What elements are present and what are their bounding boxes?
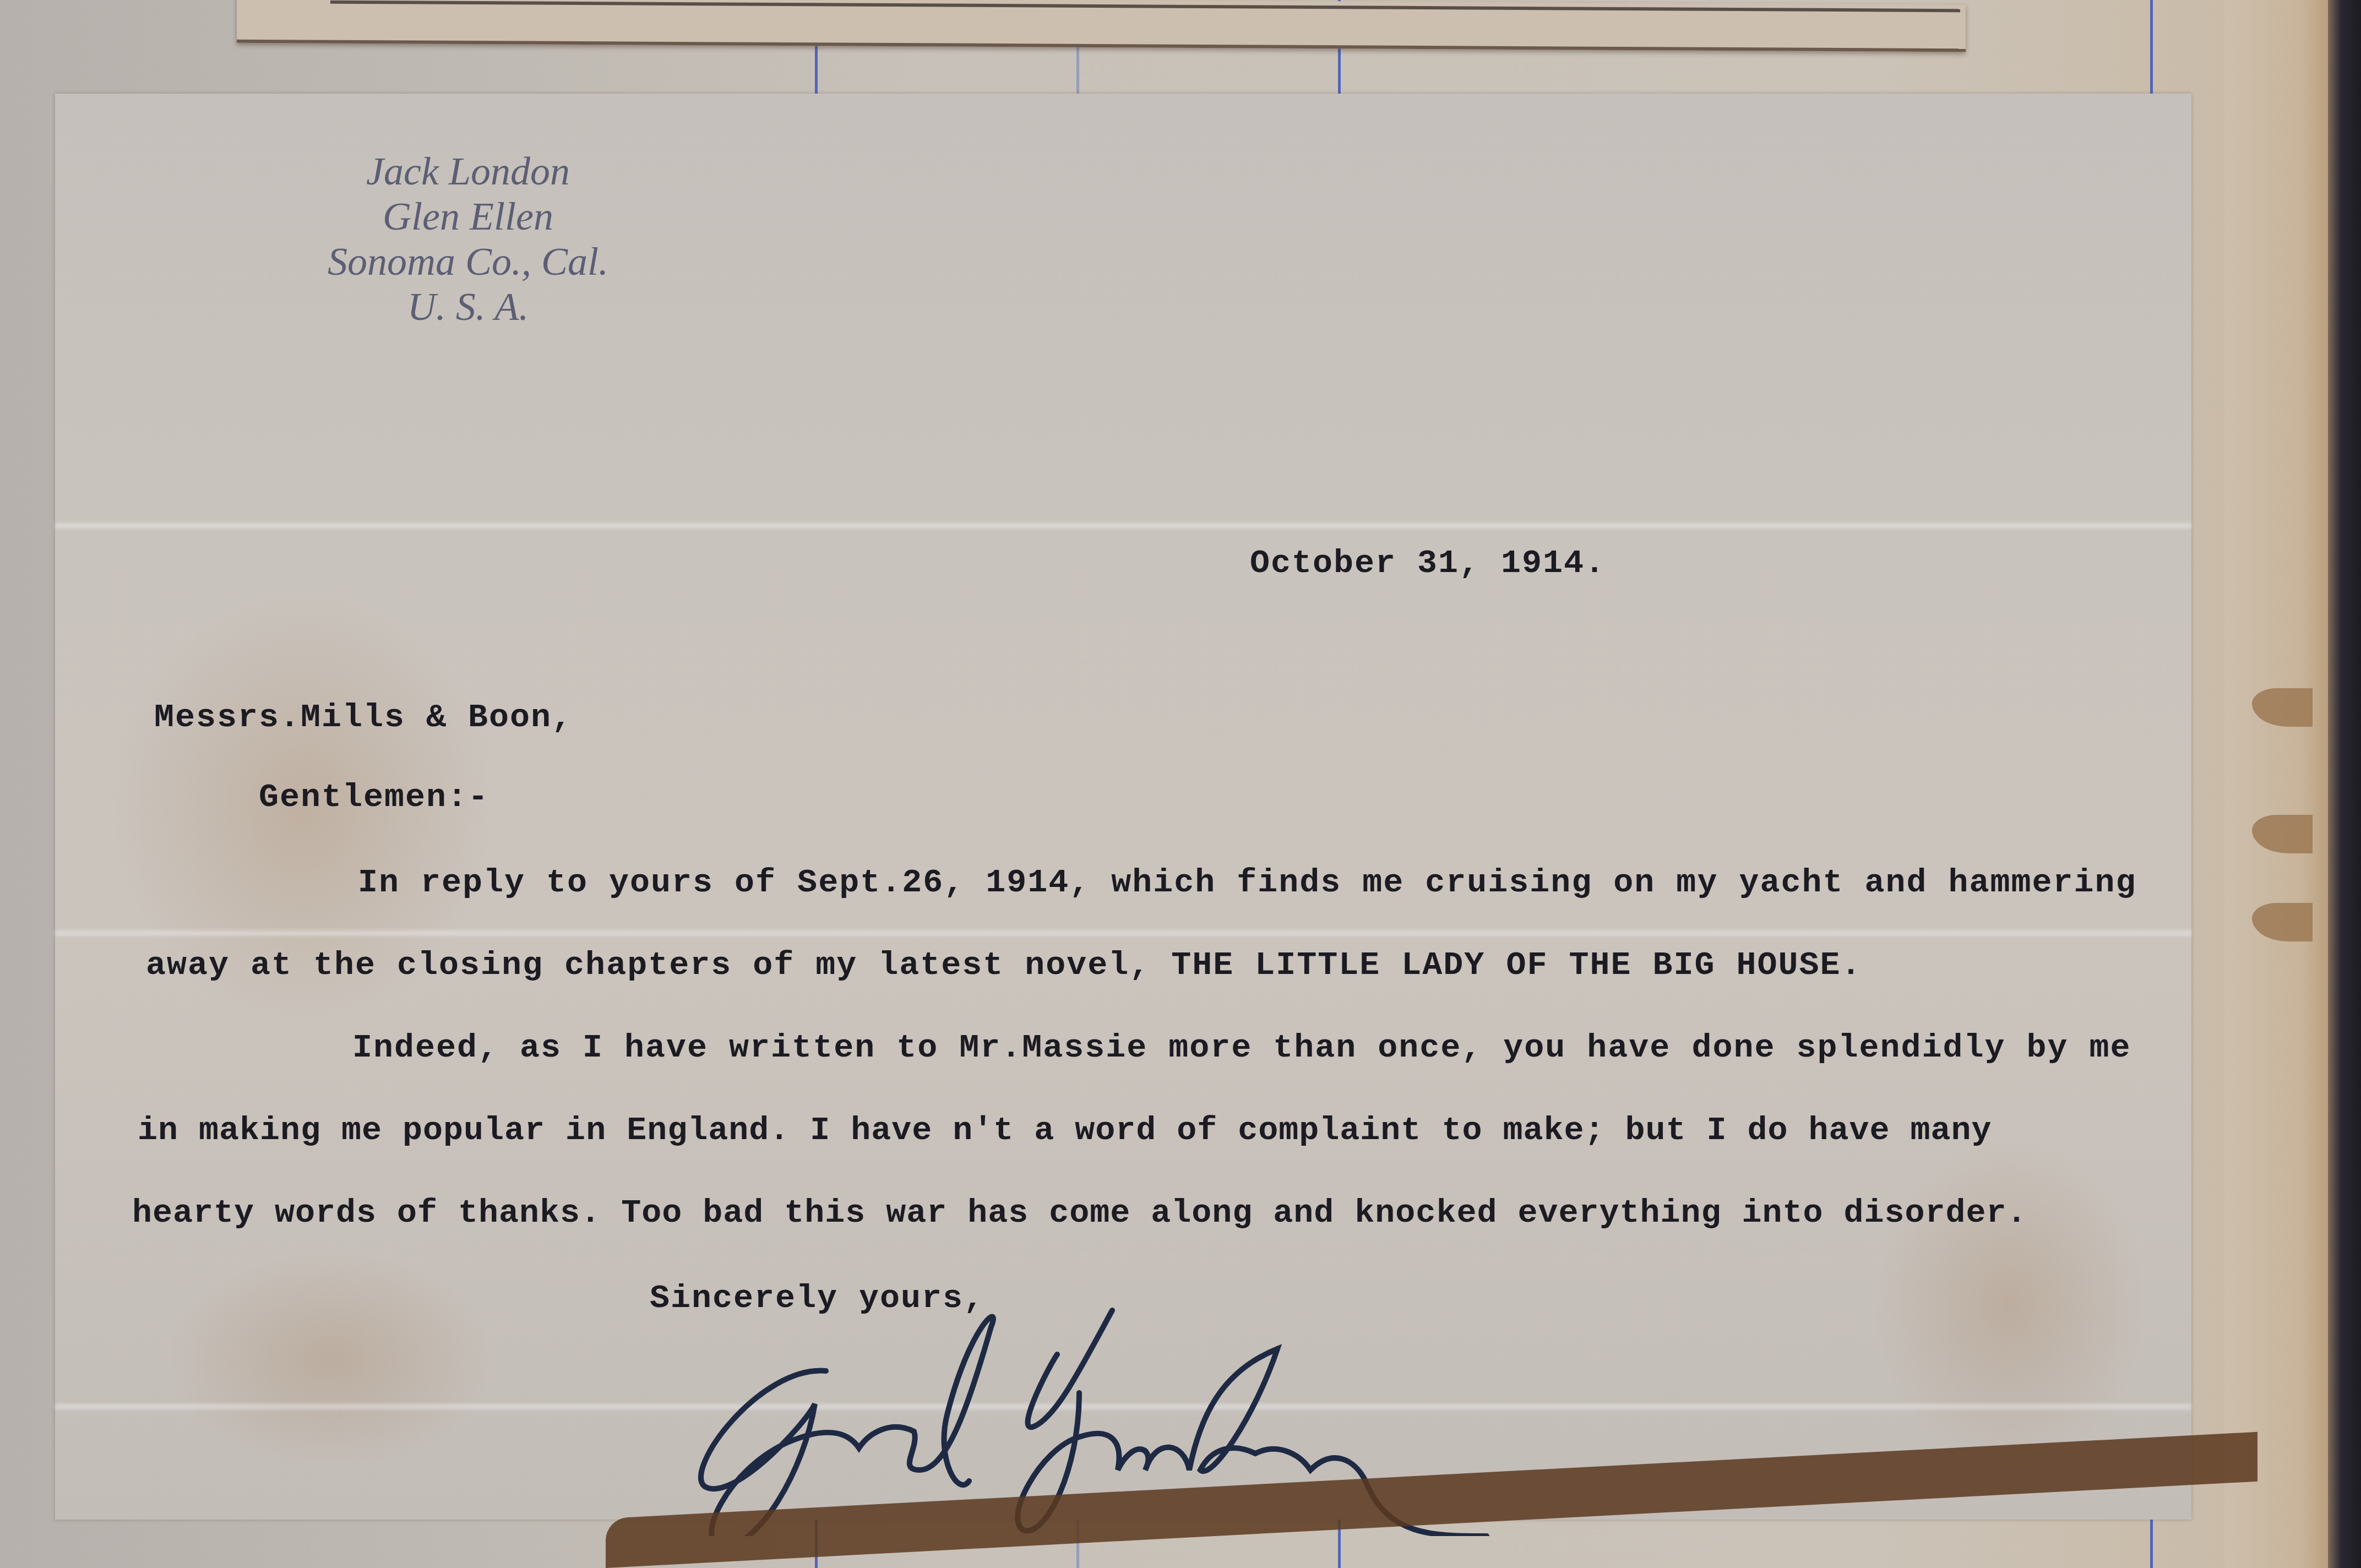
body-line: In reply to yours of Sept.26, 1914, whic… xyxy=(358,864,2137,902)
letterhead-line: U. S. A. xyxy=(220,284,716,329)
body-line: in making me popular in England. I have … xyxy=(138,1112,1992,1150)
salutation: Gentlemen:- xyxy=(259,779,489,816)
letter-sheet: Jack London Glen Ellen Sonoma Co., Cal. … xyxy=(55,94,2191,1520)
water-stain xyxy=(1872,1140,2147,1470)
paper-crease xyxy=(55,930,2191,936)
paper-crease xyxy=(55,523,2191,529)
letter-date: October 31, 1914. xyxy=(1250,545,1606,582)
paper-tear xyxy=(2252,815,2313,853)
body-line: away at the closing chapters of my lates… xyxy=(146,947,1862,984)
body-line: Indeed, as I have written to Mr.Massie m… xyxy=(352,1030,2131,1067)
adjacent-page-edge xyxy=(2224,0,2335,1568)
addressee: Messrs.Mills & Boon, xyxy=(154,699,573,737)
letterhead-line: Sonoma Co., Cal. xyxy=(220,239,716,284)
body-line: hearty words of thanks. Too bad this war… xyxy=(132,1195,2027,1232)
book-spine-edge xyxy=(2328,0,2361,1568)
letterhead-line: Jack London xyxy=(220,149,716,194)
paper-tear xyxy=(2252,903,2313,941)
top-paper-strip xyxy=(237,0,1966,52)
paper-tear xyxy=(2252,688,2313,727)
water-stain xyxy=(165,1250,496,1470)
letterhead: Jack London Glen Ellen Sonoma Co., Cal. … xyxy=(220,149,716,329)
letterhead-line: Glen Ellen xyxy=(220,194,716,239)
